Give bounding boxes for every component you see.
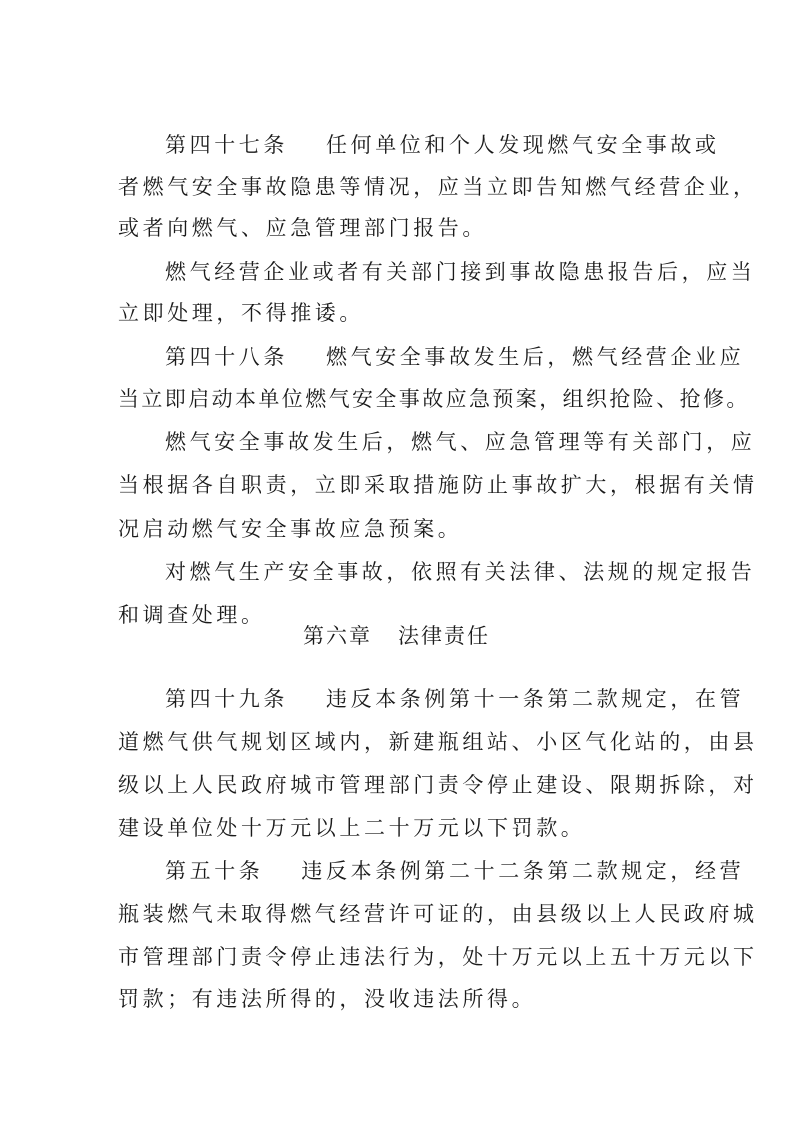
chapter-heading: 第六章法律责任 [0,624,793,648]
article-49-line-1: 第四十九条违反本条例第十一条第二款规定，在管 [165,687,678,711]
article-number: 第四十九条 [165,687,288,711]
article-49-line-4: 建设单位处十万元以上二十万元以下罚款。 [118,816,678,840]
chapter-number: 第六章 [303,624,372,648]
article-47-para2-line-2: 立即处理，不得推诿。 [118,301,678,325]
article-48-para3-line-1: 对燃气生产安全事故，依照有关法律、法规的规定报告 [165,560,678,584]
article-48-para2-line-1: 燃气安全事故发生后，燃气、应急管理等有关部门，应 [165,430,678,454]
article-number: 第五十条 [165,859,263,883]
article-48-para2-line-2: 当根据各自职责，立即采取措施防止事故扩大，根据有关情 [118,473,678,497]
article-48-line-2: 当立即启动本单位燃气安全事故应急预案，组织抢险、抢修。 [118,387,678,411]
article-47-para2-line-1: 燃气经营企业或者有关部门接到事故隐患报告后，应当 [165,260,678,284]
chapter-title: 法律责任 [398,624,490,648]
document-page: 第四十七条任何单位和个人发现燃气安全事故或 者燃气安全事故隐患等情况，应当立即告… [0,0,793,1122]
article-50-line-1: 第五十条违反本条例第二十二条第二款规定，经营 [165,859,678,883]
article-48-para2-line-3: 况启动燃气安全事故应急预案。 [118,517,678,541]
article-49-line-2: 道燃气供气规划区域内，新建瓶组站、小区气化站的，由县 [118,730,678,754]
article-47-line-1: 第四十七条任何单位和个人发现燃气安全事故或 [165,133,678,157]
article-48-line-1: 第四十八条燃气安全事故发生后，燃气经营企业应 [165,345,678,369]
article-number: 第四十八条 [165,345,288,369]
article-49-line-3: 级以上人民政府城市管理部门责令停止建设、限期拆除，对 [118,773,678,797]
article-50-line-3: 市管理部门责令停止违法行为，处十万元以上五十万元以下 [118,945,678,969]
article-number: 第四十七条 [165,133,288,157]
article-47-line-2: 者燃气安全事故隐患等情况，应当立即告知燃气经营企业， [118,175,678,199]
article-47-line-3: 或者向燃气、应急管理部门报告。 [118,216,678,240]
article-50-line-2: 瓶装燃气未取得燃气经营许可证的，由县级以上人民政府城 [118,902,678,926]
article-50-line-4: 罚款；有违法所得的，没收违法所得。 [118,987,678,1011]
